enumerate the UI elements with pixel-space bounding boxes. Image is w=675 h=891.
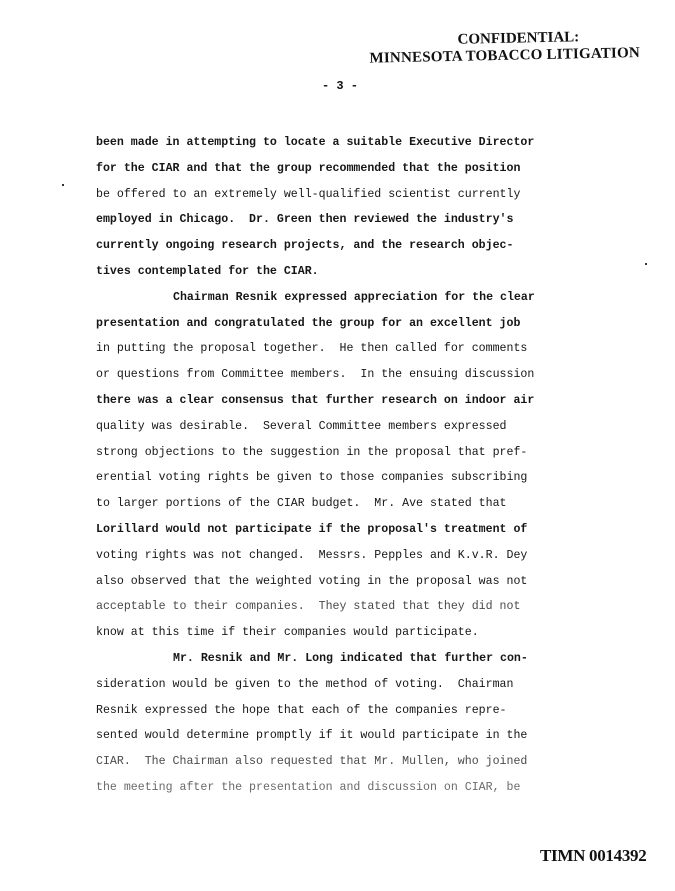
text-line: employed in Chicago. Dr. Green then revi… — [96, 207, 596, 233]
text-line: Lorillard would not participate if the p… — [96, 517, 596, 543]
text-line: acceptable to their companies. They stat… — [96, 594, 596, 620]
text-line: Mr. Resnik and Mr. Long indicated that f… — [96, 646, 596, 672]
text-line: in putting the proposal together. He the… — [96, 336, 596, 362]
text-line: or questions from Committee members. In … — [96, 362, 596, 388]
text-line: for the CIAR and that the group recommen… — [96, 156, 596, 182]
text-line: currently ongoing research projects, and… — [96, 233, 596, 259]
text-line: CIAR. The Chairman also requested that M… — [96, 749, 596, 775]
paragraph-3: Mr. Resnik and Mr. Long indicated that f… — [96, 646, 596, 801]
bates-number: TIMN 0014392 — [540, 846, 646, 866]
text-line: erential voting rights be given to those… — [96, 465, 596, 491]
text-line: there was a clear consensus that further… — [96, 388, 596, 414]
text-line: the meeting after the presentation and d… — [96, 775, 596, 801]
text-line: sideration would be given to the method … — [96, 672, 596, 698]
text-line: voting rights was not changed. Messrs. P… — [96, 543, 596, 569]
scan-speck — [645, 263, 647, 265]
text-line: quality was desirable. Several Committee… — [96, 414, 596, 440]
text-line: Chairman Resnik expressed appreciation f… — [96, 285, 596, 311]
document-body: been made in attempting to locate a suit… — [96, 130, 596, 801]
text-line: know at this time if their companies wou… — [96, 620, 596, 646]
scan-speck — [62, 184, 64, 186]
text-line: strong objections to the suggestion in t… — [96, 440, 596, 466]
page-number: - 3 - — [322, 79, 358, 93]
text-line: sented would determine promptly if it wo… — [96, 723, 596, 749]
confidentiality-stamp: CONFIDENTIAL: MINNESOTA TOBACCO LITIGATI… — [369, 28, 640, 68]
text-line: to larger portions of the CIAR budget. M… — [96, 491, 596, 517]
text-line: been made in attempting to locate a suit… — [96, 130, 596, 156]
paragraph-2: Chairman Resnik expressed appreciation f… — [96, 285, 596, 646]
paragraph-1: been made in attempting to locate a suit… — [96, 130, 596, 285]
text-line: Resnik expressed the hope that each of t… — [96, 698, 596, 724]
text-line: be offered to an extremely well-qualifie… — [96, 182, 596, 208]
text-line: tives contemplated for the CIAR. — [96, 259, 596, 285]
text-line: presentation and congratulated the group… — [96, 311, 596, 337]
text-line: also observed that the weighted voting i… — [96, 569, 596, 595]
